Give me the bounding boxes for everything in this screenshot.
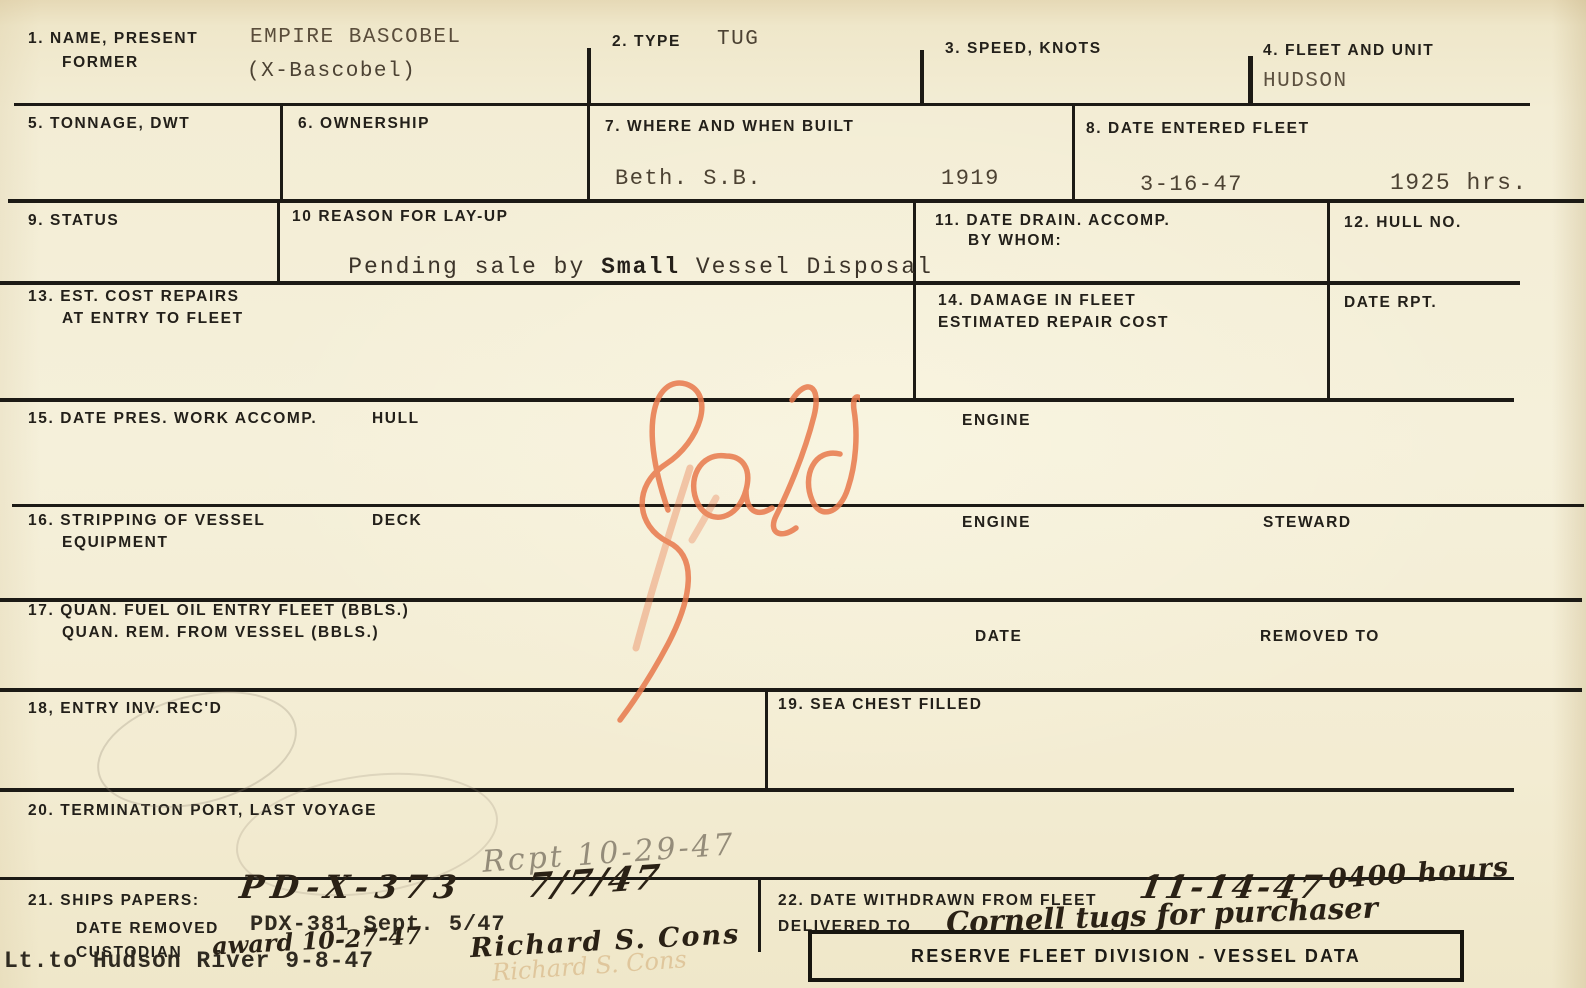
grid-hline [14, 103, 1530, 106]
field-9-label: 9. STATUS [28, 212, 119, 230]
field-8-time: 1925 hrs. [1390, 170, 1528, 196]
field-17-label: 17. QUAN. FUEL OIL ENTRY FLEET (BBLS.) [28, 602, 409, 620]
field-1-value-former: (X-Bascobel) [247, 60, 416, 83]
field-10-value-bold: Small [601, 254, 680, 280]
grid-vline [587, 48, 591, 103]
field-3-label: 3. SPEED, KNOTS [945, 40, 1102, 58]
field-5-label: 5. TONNAGE, DWT [28, 115, 190, 133]
field-17-removed-to-label: REMOVED TO [1260, 628, 1380, 646]
field-17-label2: QUAN. REM. FROM VESSEL (BBLS.) [62, 624, 379, 642]
field-11-label: 11. DATE DRAIN. ACCOMP. [935, 212, 1170, 230]
field-4-label: 4. FLEET AND UNIT [1263, 42, 1434, 60]
field-1-label2: FORMER [62, 54, 139, 72]
field-7-builder: Beth. S.B. [615, 166, 762, 191]
field-7-year: 1919 [941, 166, 1000, 191]
footer-title: RESERVE FLEET DIVISION - VESSEL DATA [911, 946, 1361, 967]
field-6-label: 6. OWNERSHIP [298, 115, 430, 133]
field-10-value-pre: Pending sale by [348, 254, 601, 280]
sold-annotation [540, 358, 860, 728]
grid-vline [920, 50, 924, 103]
field-15-label: 15. DATE PRES. WORK ACCOMP. [28, 410, 317, 428]
field-14-label2: ESTIMATED REPAIR COST [938, 314, 1169, 332]
grid-vline [587, 103, 590, 199]
field-2-label: 2. TYPE [612, 33, 681, 51]
field-22-time: 0400 hours [1327, 852, 1510, 896]
field-10-label: 10 REASON FOR LAY-UP [292, 208, 509, 226]
field-15-hull-label: HULL [372, 410, 420, 428]
grid-vline [758, 877, 761, 952]
field-14-label: 14. DAMAGE IN FLEET [938, 292, 1136, 310]
field-8-date: 3-16-47 [1140, 172, 1243, 197]
field-2-value: TUG [717, 28, 759, 51]
field-21-note: Lt.to Hudson River 9-8-47 [4, 948, 374, 974]
field-15-engine-label: ENGINE [962, 412, 1031, 430]
grid-vline [277, 199, 280, 281]
field-21-papers-no: PD-X-373 [237, 868, 465, 906]
grid-vline [1327, 199, 1330, 398]
field-1-value: EMPIRE BASCOBEL [250, 26, 462, 49]
grid-vline [1248, 56, 1253, 103]
grid-vline [280, 103, 283, 199]
field-21-date-removed-label: DATE REMOVED [76, 920, 219, 938]
field-17-date-label: DATE [975, 628, 1022, 646]
field-16-label2: EQUIPMENT [62, 534, 169, 552]
field-21-papers-date: 7/7/47 [523, 857, 664, 906]
field-10-value-post: Vessel Disposal [680, 254, 933, 280]
field-13-label2: AT ENTRY TO FLEET [62, 310, 244, 328]
field-16-label: 16. STRIPPING OF VESSEL [28, 512, 266, 530]
field-1-label: 1. NAME, PRESENT [28, 30, 198, 48]
field-10-value: Pending sale by Small Vessel Disposal [285, 228, 933, 306]
field-7-label: 7. WHERE AND WHEN BUILT [605, 118, 855, 136]
field-16-steward-label: STEWARD [1263, 514, 1352, 532]
field-8-label: 8. DATE ENTERED FLEET [1086, 120, 1310, 138]
footer-box: RESERVE FLEET DIVISION - VESSEL DATA [808, 930, 1464, 982]
field-12-label: 12. HULL NO. [1344, 214, 1462, 232]
grid-vline [1072, 103, 1075, 199]
field-21-label: 21. SHIPS PAPERS: [28, 892, 200, 910]
field-14-date-rpt-label: DATE RPT. [1344, 294, 1437, 312]
field-16-engine-label: ENGINE [962, 514, 1031, 532]
field-4-value: HUDSON [1263, 70, 1348, 93]
grid-hline [8, 199, 1584, 203]
vessel-data-card: 1. NAME, PRESENT FORMER EMPIRE BASCOBEL … [0, 0, 1586, 988]
field-11-label2: BY WHOM: [968, 232, 1062, 250]
field-16-deck-label: DECK [372, 512, 422, 530]
field-13-label: 13. EST. COST REPAIRS [28, 288, 240, 306]
